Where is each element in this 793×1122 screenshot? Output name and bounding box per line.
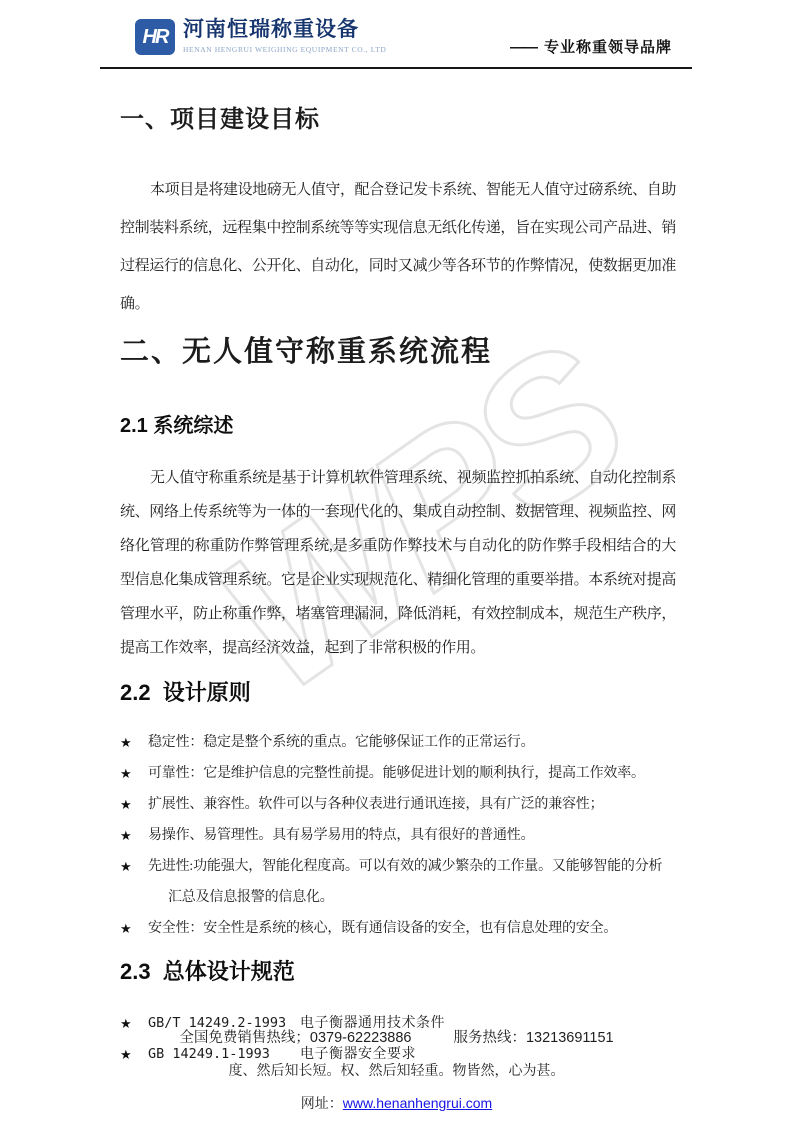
heading-design-standards: 2.3 总体设计规范 xyxy=(120,958,676,986)
footer-hotlines: 全国免费销售热线；0379-62223886服务热线：13213691151 xyxy=(0,1026,793,1047)
star-bullet-icon: ★ xyxy=(120,851,148,882)
list-item: ★ 安全性：安全性是系统的核心，既有通信设备的安全，也有信息处理的安全。 xyxy=(120,913,676,944)
list-item: ★ 易操作、易管理性。具有易学易用的特点，具有很好的普通性。 xyxy=(120,820,676,851)
paragraph-project-goal: 本项目是将建设地磅无人值守，配合登记发卡系统、智能无人值守过磅系统、自助控制装料… xyxy=(120,171,676,323)
design-principles-list: ★ 稳定性：稳定是整个系统的重点。它能够保证工作的正常运行。 ★ 可靠性：它是维… xyxy=(120,727,676,944)
company-logo: HR 河南恒瑞称重设备 Henan Hengrui Weighing Equip… xyxy=(135,17,386,55)
list-item: ★ 先进性:功能强大，智能化程度高。可以有效的减少繁杂的工作量。又能够智能的分析… xyxy=(120,851,676,913)
footer-motto: 度、然后知长短。权、然后知轻重。物皆然，心为甚。 xyxy=(0,1060,793,1080)
brand-name-en: Henan Hengrui Weighing Equipment Co., Lt… xyxy=(183,45,386,54)
brand-name-cn: 河南恒瑞称重设备 xyxy=(183,17,386,43)
list-item: ★ 扩展性、兼容性。软件可以与各种仪表进行通讯连接，具有广泛的兼容性； xyxy=(120,789,676,820)
star-bullet-icon: ★ xyxy=(120,789,148,820)
heading-system-flow: 二、无人值守称重系统流程 xyxy=(120,333,676,371)
star-bullet-icon: ★ xyxy=(120,913,148,944)
star-bullet-icon: ★ xyxy=(120,758,148,789)
list-item-text: 扩展性、兼容性。软件可以与各种仪表进行通讯连接，具有广泛的兼容性； xyxy=(148,789,603,820)
list-item: ★ 可靠性：它是维护信息的完整性前提。能够促进计划的顺利执行，提高工作效率。 xyxy=(120,758,676,789)
website-label: 网址： xyxy=(301,1095,343,1111)
page-footer: 全国免费销售热线；0379-62223886服务热线：13213691151 度… xyxy=(0,1026,793,1113)
star-bullet-icon: ★ xyxy=(120,727,148,758)
list-item-text: 可靠性：它是维护信息的完整性前提。能够促进计划的顺利执行，提高工作效率。 xyxy=(148,758,645,789)
logo-text-block: 河南恒瑞称重设备 Henan Hengrui Weighing Equipmen… xyxy=(183,17,386,54)
sales-hotline: 全国免费销售热线；0379-62223886 xyxy=(179,1030,411,1046)
list-item-text: 稳定性：稳定是整个系统的重点。它能够保证工作的正常运行。 xyxy=(148,727,534,758)
header-tagline: ——专业称重领导品牌 xyxy=(510,36,672,57)
heading-project-goal: 一、项目建设目标 xyxy=(120,105,676,135)
list-item-text: 安全性：安全性是系统的核心，既有通信设备的安全，也有信息处理的安全。 xyxy=(148,913,617,944)
service-hotline: 服务热线：13213691151 xyxy=(453,1030,613,1046)
document-page: WPS HR 河南恒瑞称重设备 Henan Hengrui Weighing E… xyxy=(0,0,793,1122)
website-link[interactable]: www.henanhengrui.com xyxy=(343,1095,492,1111)
paragraph-system-overview: 无人值守称重系统是基于计算机软件管理系统、视频监控抓拍系统、自动化控制系统、网络… xyxy=(120,461,676,665)
footer-website: 网址：www.henanhengrui.com xyxy=(0,1093,793,1113)
list-item-text: 先进性:功能强大，智能化程度高。可以有效的减少繁杂的工作量。又能够智能的分析汇总… xyxy=(148,851,676,913)
tagline-dash: —— xyxy=(510,39,536,56)
document-body: 一、项目建设目标 本项目是将建设地磅无人值守，配合登记发卡系统、智能无人值守过磅… xyxy=(120,95,676,1070)
star-bullet-icon: ★ xyxy=(120,820,148,851)
header-divider-line xyxy=(100,67,692,69)
list-item-text: 易操作、易管理性。具有易学易用的特点，具有很好的普通性。 xyxy=(148,820,534,851)
heading-system-overview: 2.1 系统综述 xyxy=(120,413,676,439)
heading-design-principles: 2.2 设计原则 xyxy=(120,679,676,707)
tagline-text: 专业称重领导品牌 xyxy=(544,39,672,56)
list-item: ★ 稳定性：稳定是整个系统的重点。它能够保证工作的正常运行。 xyxy=(120,727,676,758)
hr-logo-icon: HR xyxy=(135,19,175,55)
